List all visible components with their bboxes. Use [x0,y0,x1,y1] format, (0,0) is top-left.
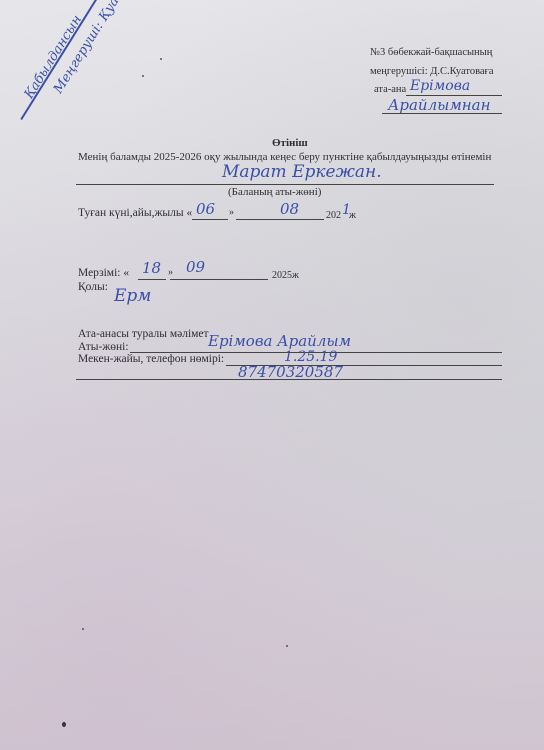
addressee-line-1: №3 бөбекжай-бақшасының [370,47,492,58]
birth-date-close-quote: » [229,207,234,218]
child-name-caption: (Баланың аты-жөні) [228,186,321,198]
deadline-day-line [138,279,166,280]
parent-fullname-handwritten: Ерімова Арайлым [208,332,351,350]
paper-speck [142,75,144,77]
birth-day-handwritten: 06 [196,200,215,218]
address-label: Мекен-жайы, телефон нөмірі: [78,353,224,365]
parent-info-title: Ата-анасы туралы мәлімет [78,328,209,340]
birth-year-prefix: 202 [326,210,341,221]
addressee-line-2: меңгерушісі: Д.С.Куатоваға [370,66,494,77]
birth-day-line [192,219,228,220]
resolution-stroke [21,0,102,120]
deadline-month-line [170,279,268,280]
paper-speck [286,645,288,647]
child-name-line [76,184,494,185]
child-name-handwritten: Марат Еркежан. [222,162,382,182]
deadline-year: 2025ж [272,270,299,281]
document-title: Өтініш [272,137,308,149]
parent-name-underline [382,113,502,114]
deadline-month-handwritten: 09 [186,258,205,276]
parent-label: ата-ана [374,84,406,95]
parent-name-handwritten: Арайлымнан [388,96,490,114]
phone-line [76,379,502,380]
birth-date-label: Туған күні,айы,жылы « [78,207,192,219]
signature-handwritten: Ерм [114,286,151,306]
parent-surname-handwritten: Ерімова [410,78,470,94]
birth-month-handwritten: 08 [280,200,299,218]
paper-speck [160,58,162,60]
paper-speck [62,722,66,727]
paper-speck [82,628,84,630]
deadline-day-handwritten: 18 [142,259,161,277]
signature-label: Қолы: [78,281,108,293]
deadline-close-quote: » [168,267,173,278]
parent-name-label: Аты-жөні: [78,341,129,353]
birth-month-line [236,219,324,220]
birth-year-suffix: ж [349,210,356,221]
deadline-label: Мерзімі: « [78,267,129,279]
